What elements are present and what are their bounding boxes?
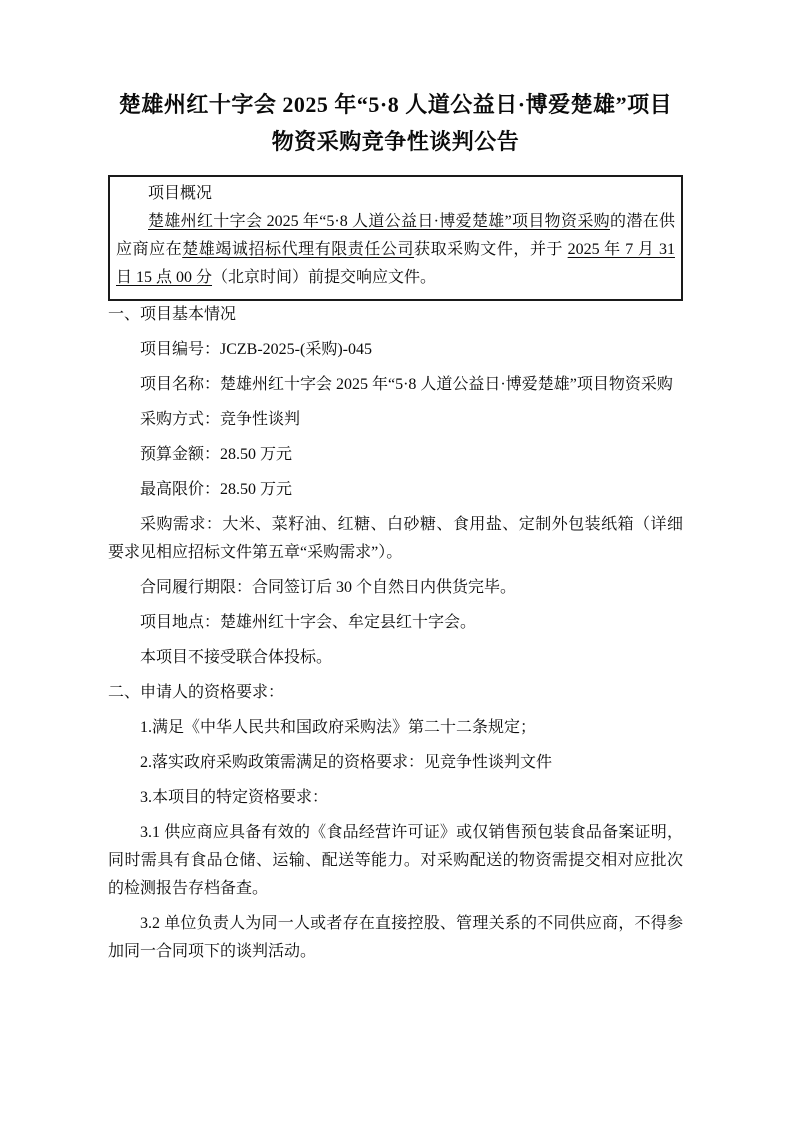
overview-agency-name-underlined: 楚雄竭诚招标代理有限责任公司 <box>182 241 414 258</box>
paragraph-qualification-3-1: 3.1 供应商应具备有效的《食品经营许可证》或仅销售预包装食品备案证明，同时需具… <box>108 819 683 903</box>
paragraph-max-price-limit: 最高限价：28.50 万元 <box>108 476 683 504</box>
section2-heading: 二、申请人的资格要求： <box>108 679 683 707</box>
overview-project-name-underlined: 楚雄州红十字会 2025 年“5·8 人道公益日·博爱楚雄”项目物资采购 <box>148 213 610 230</box>
paragraph-procurement-requirements: 采购需求：大米、菜籽油、红糖、白砂糖、食用盐、定制外包装纸箱（详细要求见相应招标… <box>108 511 683 567</box>
overview-heading: 项目概况 <box>116 180 675 208</box>
document-page: 楚雄州红十字会 2025 年“5·8 人道公益日·博爱楚雄”项目物资采购竞争性谈… <box>0 0 793 1122</box>
paragraph-qualification-3: 3.本项目的特定资格要求： <box>108 784 683 812</box>
overview-paragraph: 楚雄州红十字会 2025 年“5·8 人道公益日·博爱楚雄”项目物资采购的潜在供… <box>116 208 675 292</box>
overview-text-segment-2: 获取采购文件，并于 <box>414 241 568 258</box>
paragraph-project-name: 项目名称：楚雄州红十字会 2025 年“5·8 人道公益日·博爱楚雄”项目物资采… <box>108 371 683 399</box>
project-overview-box: 项目概况 楚雄州红十字会 2025 年“5·8 人道公益日·博爱楚雄”项目物资采… <box>108 175 683 301</box>
paragraph-qualification-2: 2.落实政府采购政策需满足的资格要求：见竞争性谈判文件 <box>108 749 683 777</box>
paragraph-procurement-method: 采购方式：竞争性谈判 <box>108 406 683 434</box>
paragraph-project-number: 项目编号：JCZB-2025-(采购)-045 <box>108 336 683 364</box>
paragraph-qualification-1: 1.满足《中华人民共和国政府采购法》第二十二条规定； <box>108 714 683 742</box>
paragraph-project-location: 项目地点：楚雄州红十字会、牟定县红十字会。 <box>108 609 683 637</box>
paragraph-qualification-3-2: 3.2 单位负责人为同一人或者存在直接控股、管理关系的不同供应商，不得参加同一合… <box>108 910 683 966</box>
paragraph-budget-amount: 预算金额：28.50 万元 <box>108 441 683 469</box>
overview-text-segment-3: （北京时间）前提交响应文件。 <box>212 269 436 286</box>
section1-heading: 一、项目基本情况 <box>108 301 683 329</box>
paragraph-no-consortium-bids: 本项目不接受联合体投标。 <box>108 644 683 672</box>
paragraph-contract-performance-period: 合同履行期限：合同签订后 30 个自然日内供货完毕。 <box>108 574 683 602</box>
document-title: 楚雄州红十字会 2025 年“5·8 人道公益日·博爱楚雄”项目物资采购竞争性谈… <box>108 86 683 160</box>
